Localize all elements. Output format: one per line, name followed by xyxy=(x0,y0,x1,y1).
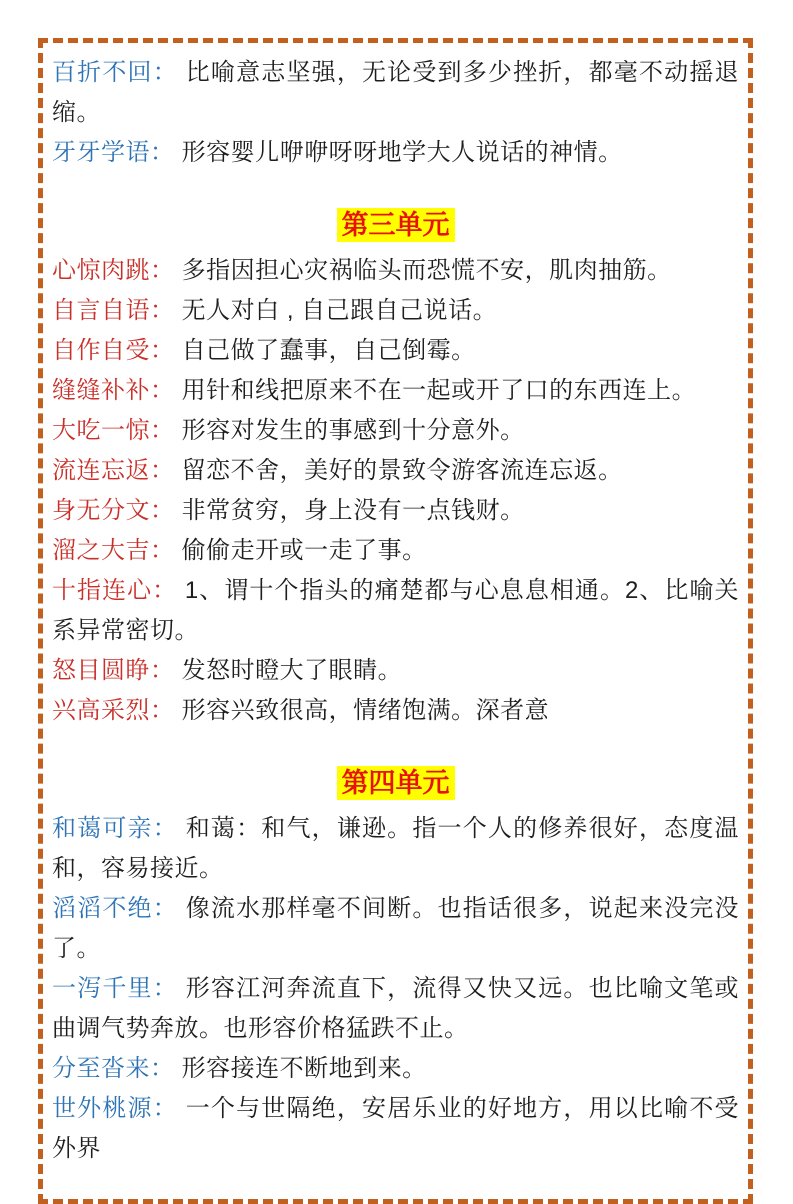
idiom-definition: 无人对白 , 自己跟自己说话。 xyxy=(175,297,498,324)
idiom-entry: 自作自受： 自己做了蠢事，自己倒霉。 xyxy=(52,331,739,371)
idiom-entry: 一泻千里： 形容江河奔流直下，流得又快又远。也比喻文笔或曲调气势奔放。也形容价格… xyxy=(52,969,739,1049)
idiom-definition: 发怒时瞪大了眼睛。 xyxy=(175,657,403,684)
idiom-entry: 和蔼可亲： 和蔼：和气，谦逊。指一个人的修养很好，态度温和，容易接近。 xyxy=(52,809,739,889)
idiom-term: 身无分文： xyxy=(52,497,175,524)
idiom-definition: 形容婴儿咿咿呀呀地学大人说话的神情。 xyxy=(175,139,623,166)
idiom-definition: 用针和线把原来不在一起或开了口的东西连上。 xyxy=(175,377,697,404)
idiom-term: 自言自语： xyxy=(52,297,175,324)
idiom-definition: 非常贫穷，身上没有一点钱财。 xyxy=(175,497,525,524)
idiom-entry: 分至沓来： 形容接连不断地到来。 xyxy=(52,1049,739,1089)
idiom-definition: 多指因担心灾祸临头而恐慌不安，肌肉抽筋。 xyxy=(175,257,672,284)
idiom-entry: 心惊肉跳： 多指因担心灾祸临头而恐慌不安，肌肉抽筋。 xyxy=(52,251,739,291)
idiom-term: 心惊肉跳： xyxy=(52,257,175,284)
idiom-entry: 溜之大吉： 偷偷走开或一走了事。 xyxy=(52,531,739,571)
idiom-entry: 大吃一惊： 形容对发生的事感到十分意外。 xyxy=(52,411,739,451)
idiom-entry: 世外桃源： 一个与世隔绝，安居乐业的好地方，用以比喻不受外界 xyxy=(52,1089,739,1169)
idiom-term: 世外桃源： xyxy=(52,1095,178,1122)
idiom-entry: 身无分文： 非常贫穷，身上没有一点钱财。 xyxy=(52,491,739,531)
idiom-entry: 自言自语： 无人对白 , 自己跟自己说话。 xyxy=(52,291,739,331)
idiom-definition: 形容兴致很高，情绪饱满。深者意 xyxy=(175,697,550,724)
idiom-entry: 怒目圆睁： 发怒时瞪大了眼睛。 xyxy=(52,651,739,691)
idiom-definition: 偷偷走开或一走了事。 xyxy=(175,537,427,564)
idiom-term: 和蔼可亲： xyxy=(52,815,178,842)
document-content: 百折不回： 比喻意志坚强，无论受到多少挫折，都毫不动摇退缩。牙牙学语： 形容婴儿… xyxy=(52,53,739,1169)
idiom-term: 大吃一惊： xyxy=(52,417,175,444)
idiom-entry: 百折不回： 比喻意志坚强，无论受到多少挫折，都毫不动摇退缩。 xyxy=(52,53,739,133)
document-page: 百折不回： 比喻意志坚强，无论受到多少挫折，都毫不动摇退缩。牙牙学语： 形容婴儿… xyxy=(0,0,793,1122)
idiom-term: 缝缝补补： xyxy=(52,377,175,404)
idiom-term: 溜之大吉： xyxy=(52,537,175,564)
idiom-entry: 滔滔不绝： 像流水那样毫不间断。也指话很多，说起来没完没了。 xyxy=(52,889,739,969)
section-title-highlight: 第三单元 xyxy=(337,208,455,242)
section-title: 第四单元 xyxy=(52,761,739,805)
idiom-term: 兴高采烈： xyxy=(52,697,175,724)
idiom-term: 滔滔不绝： xyxy=(52,895,178,922)
idiom-entry: 流连忘返： 留恋不舍，美好的景致令游客流连忘返。 xyxy=(52,451,739,491)
section-title-highlight: 第四单元 xyxy=(337,766,455,800)
section-title: 第三单元 xyxy=(52,203,739,247)
idiom-definition: 形容对发生的事感到十分意外。 xyxy=(175,417,525,444)
dashed-border-frame: 百折不回： 比喻意志坚强，无论受到多少挫折，都毫不动摇退缩。牙牙学语： 形容婴儿… xyxy=(38,38,753,1204)
idiom-term: 分至沓来： xyxy=(52,1055,175,1082)
idiom-entry: 牙牙学语： 形容婴儿咿咿呀呀地学大人说话的神情。 xyxy=(52,133,739,173)
idiom-definition: 形容接连不断地到来。 xyxy=(175,1055,427,1082)
idiom-definition: 自己做了蠢事，自己倒霉。 xyxy=(175,337,476,364)
idiom-entry: 十指连心： 1、谓十个指头的痛楚都与心息息相通。2、比喻关系异常密切。 xyxy=(52,571,739,651)
idiom-term: 怒目圆睁： xyxy=(52,657,175,684)
idiom-term: 十指连心： xyxy=(52,577,177,604)
idiom-term: 自作自受： xyxy=(52,337,175,364)
idiom-term: 一泻千里： xyxy=(52,975,178,1002)
idiom-entry: 缝缝补补： 用针和线把原来不在一起或开了口的东西连上。 xyxy=(52,371,739,411)
idiom-term: 牙牙学语： xyxy=(52,139,175,166)
idiom-term: 流连忘返： xyxy=(52,457,175,484)
idiom-definition: 留恋不舍，美好的景致令游客流连忘返。 xyxy=(175,457,623,484)
idiom-entry: 兴高采烈： 形容兴致很高，情绪饱满。深者意 xyxy=(52,691,739,731)
idiom-term: 百折不回： xyxy=(52,59,178,86)
